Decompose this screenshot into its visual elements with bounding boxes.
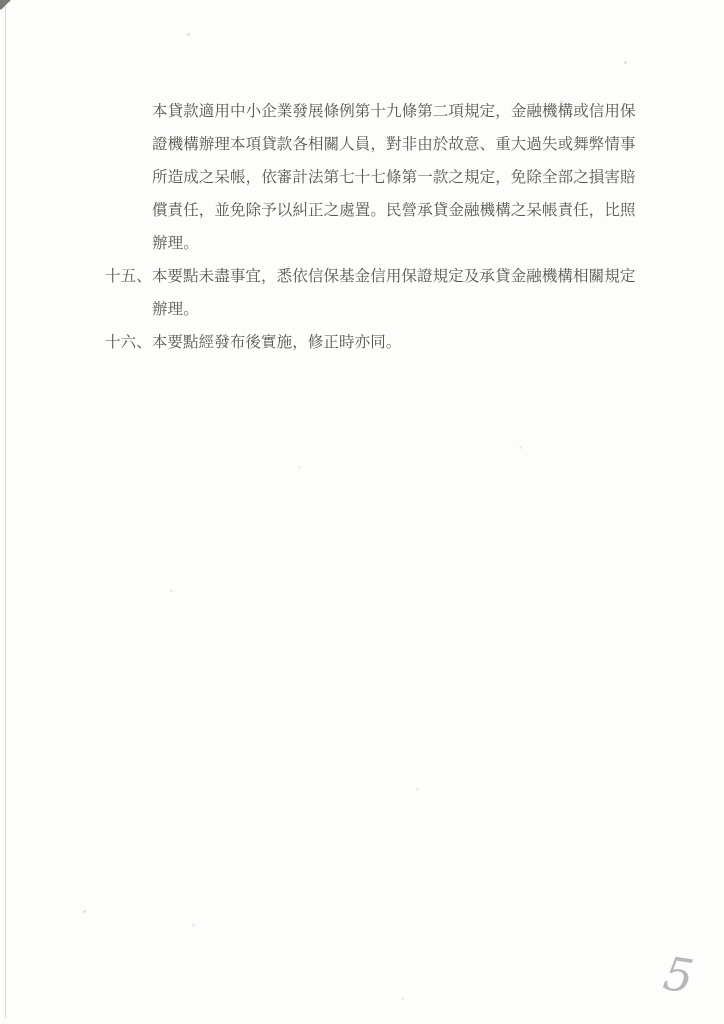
scan-noise-specks <box>0 0 1 1</box>
paragraph-line: 所造成之呆帳，依審計法第七十七條第一款之規定，免除全部之損害賠 <box>105 161 650 194</box>
scan-edge-artifact <box>5 6 6 1018</box>
list-item-16: 十六、本要點經發布後實施，修正時亦同。 <box>105 326 650 359</box>
item-15-text: 本要點未盡事宜，悉依信保基金信用保證規定及承貸金融機構相關規定 <box>152 268 636 285</box>
item-15-number: 十五、 <box>105 268 152 285</box>
handwritten-page-number: 5 <box>661 950 697 1000</box>
item-16-text: 本要點經發布後實施，修正時亦同。 <box>152 334 402 351</box>
item-16-number: 十六、 <box>105 334 152 351</box>
scanned-document-page: 本貸款適用中小企業發展條例第十九條第二項規定，金融機構或信用保 證機構辦理本項貸… <box>0 0 724 1024</box>
document-text-block: 本貸款適用中小企業發展條例第十九條第二項規定，金融機構或信用保 證機構辦理本項貸… <box>105 95 650 359</box>
paragraph-line: 償責任，並免除予以糾正之處置。民營承貸金融機構之呆帳責任，比照 <box>105 194 650 227</box>
item-15-continuation-line: 辦理。 <box>105 293 650 326</box>
list-item-15: 十五、本要點未盡事宜，悉依信保基金信用保證規定及承貸金融機構相關規定 <box>105 260 650 293</box>
paragraph-line: 證機構辦理本項貸款各相關人員，對非由於故意、重大過失或舞弊情事 <box>105 128 650 161</box>
paragraph-line: 辦理。 <box>105 227 650 260</box>
paragraph-line: 本貸款適用中小企業發展條例第十九條第二項規定，金融機構或信用保 <box>105 95 650 128</box>
